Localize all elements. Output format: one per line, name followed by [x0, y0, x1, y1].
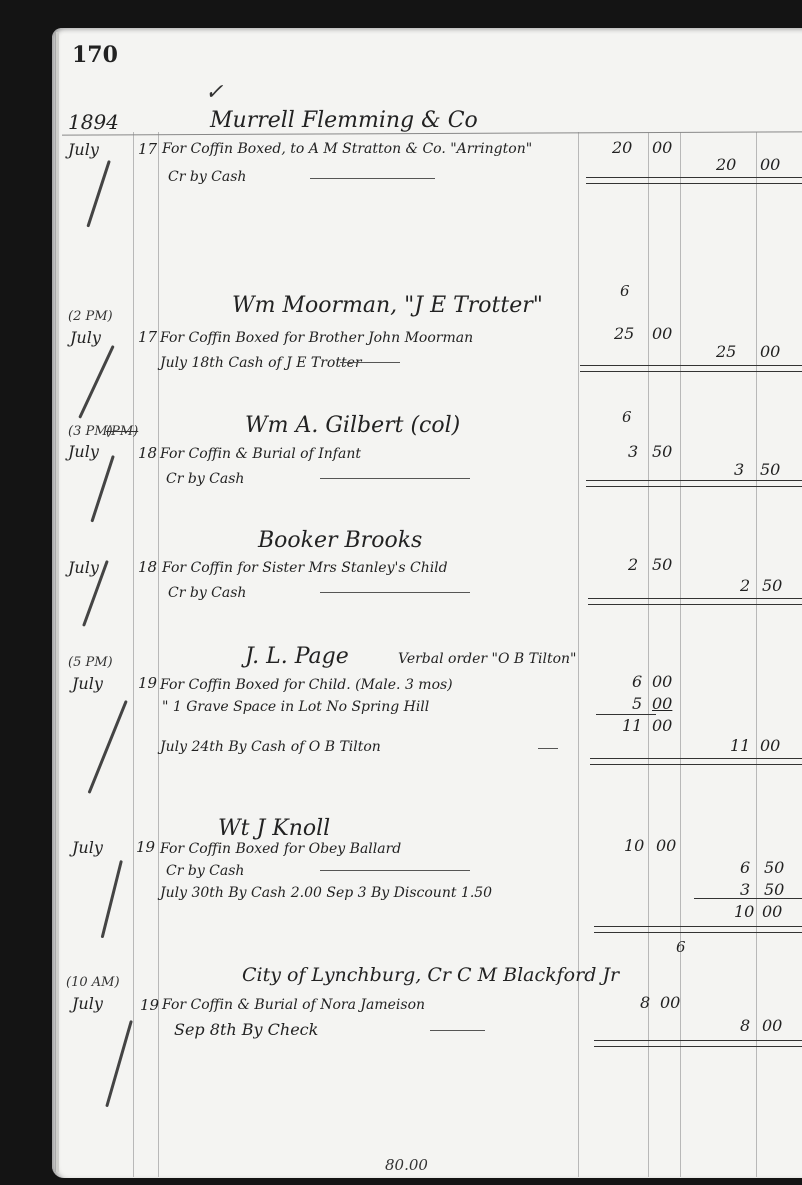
balance-double-rule	[594, 1040, 802, 1047]
entry-day: 18	[138, 446, 157, 461]
balance-double-rule	[580, 365, 802, 372]
balance-double-rule	[594, 926, 802, 933]
debit-dollars: 20	[612, 140, 632, 156]
entry-line: For Coffin & Burial of Nora Jameison	[162, 998, 425, 1012]
margin-mark: 6	[676, 940, 686, 955]
debit-dollars: 10	[624, 838, 644, 854]
subtotal-rule	[694, 898, 802, 899]
column-rule-debit	[578, 132, 579, 1177]
page-footer-total: 80.00	[385, 1158, 428, 1173]
credit-cents: 50	[760, 462, 780, 478]
credit-dollars: 11	[730, 738, 750, 754]
entry-line: For Coffin Boxed for Brother John Moorma…	[160, 331, 473, 345]
entry-time: (5 PM)	[68, 656, 113, 669]
debit-dollars: 6	[632, 674, 642, 690]
credit-dollars: 3	[740, 882, 750, 898]
entry-month: July	[68, 142, 99, 158]
debit-cents: 00	[652, 696, 672, 712]
credit-dollars: 2	[740, 578, 750, 594]
credit-cents: 00	[760, 157, 780, 173]
entry-line: Cr by Cash	[166, 472, 244, 486]
account-name: Murrell Flemming & Co	[210, 110, 478, 132]
margin-mark: 6	[620, 284, 630, 299]
page-number: 170	[72, 42, 118, 68]
entry-line: For Coffin Boxed for Obey Ballard	[160, 842, 401, 856]
entry-line: For Coffin Boxed, to A M Stratton & Co. …	[162, 142, 532, 156]
entry-day: 19	[140, 998, 159, 1013]
account-note: Verbal order "O B Tilton"	[398, 652, 576, 666]
column-rule-debit-cents	[648, 132, 649, 1177]
entry-time: (10 AM)	[66, 976, 120, 989]
credit-cents: 50	[764, 860, 784, 876]
debit-dollars: 25	[614, 326, 634, 342]
column-rule-credit-cents	[756, 132, 757, 1177]
entry-line: For Coffin & Burial of Infant	[160, 447, 361, 461]
balance-double-rule	[588, 598, 802, 605]
credit-cents: 00	[762, 1018, 782, 1034]
credit-cents: 00	[760, 344, 780, 360]
debit-cents: 00	[652, 326, 672, 342]
credit-dollars: 25	[716, 344, 736, 360]
fill-dash	[430, 1030, 485, 1031]
debit-dollars: 11	[622, 718, 642, 734]
credit-cents: 00	[762, 904, 782, 920]
entry-line: July 30th By Cash 2.00 Sep 3 By Discount…	[160, 886, 492, 900]
credit-cents: 00	[760, 738, 780, 754]
debit-dollars: 3	[628, 444, 638, 460]
entry-line: For Coffin Boxed for Child. (Male. 3 mos…	[160, 678, 453, 692]
subtotal-rule	[596, 714, 656, 715]
credit-cents: 50	[764, 882, 784, 898]
account-name: Wm Moorman, "J E Trotter"	[232, 295, 543, 317]
debit-cents: 00	[652, 140, 672, 156]
entry-month: July	[72, 840, 103, 856]
entry-day: 17	[138, 330, 157, 345]
entry-line: Sep 8th By Check	[174, 1022, 318, 1038]
entry-month: July	[72, 676, 103, 692]
debit-cents: 50	[652, 557, 672, 573]
account-name: J. L. Page	[245, 646, 349, 668]
credit-dollars: 8	[740, 1018, 750, 1034]
fill-dash	[538, 748, 558, 749]
entry-line: Cr by Cash	[168, 586, 246, 600]
entry-day: 17	[138, 142, 157, 157]
fill-dash	[340, 362, 400, 363]
credit-dollars: 20	[716, 157, 736, 173]
column-rule-day	[158, 132, 159, 1177]
debit-dollars: 5	[632, 696, 642, 712]
entry-day: 19	[136, 840, 155, 855]
credit-dollars: 10	[734, 904, 754, 920]
entry-month: July	[70, 330, 101, 346]
debit-dollars: 2	[628, 557, 638, 573]
debit-cents: 00	[660, 995, 680, 1011]
balance-double-rule	[586, 480, 802, 487]
debit-cents: 00	[652, 718, 672, 734]
fill-dash	[310, 178, 435, 179]
account-name: Booker Brooks	[258, 530, 422, 552]
entry-line: July 18th Cash of J E Trotter	[160, 356, 362, 370]
debit-cents: 50	[652, 444, 672, 460]
account-name: Wt J Knoll	[218, 818, 330, 840]
fill-dash	[320, 870, 470, 871]
entry-line: Cr by Cash	[166, 864, 244, 878]
debit-cents: 00	[656, 838, 676, 854]
entry-month: July	[72, 996, 103, 1012]
debit-dollars: 8	[640, 995, 650, 1011]
entry-line: " 1 Grave Space in Lot No Spring Hill	[162, 700, 429, 714]
entry-day: 18	[138, 560, 157, 575]
balance-double-rule	[586, 177, 802, 184]
balance-double-rule	[590, 758, 802, 765]
entry-day: 19	[138, 676, 157, 691]
fill-dash	[320, 478, 470, 479]
column-rule-month	[133, 132, 134, 1177]
column-rule-credit	[680, 132, 681, 1177]
credit-dollars: 6	[740, 860, 750, 876]
check-mark-icon: ✓	[205, 82, 223, 104]
margin-mark: 6	[622, 410, 632, 425]
debit-cents: 00	[652, 674, 672, 690]
entry-line: Cr by Cash	[168, 170, 246, 184]
account-name: Wm A. Gilbert (col)	[245, 415, 460, 437]
entry-time-struck: (PM)	[106, 425, 138, 438]
account-name: City of Lynchburg, Cr C M Blackford Jr	[242, 966, 619, 985]
fill-dash	[320, 592, 470, 593]
entry-line: July 24th By Cash of O B Tilton	[160, 740, 381, 754]
ledger-year: 1894	[68, 112, 119, 132]
credit-dollars: 3	[734, 462, 744, 478]
entry-line: For Coffin for Sister Mrs Stanley's Chil…	[162, 561, 448, 575]
entry-month: July	[68, 444, 99, 460]
page-binding-edge	[55, 32, 59, 1172]
entry-time: (2 PM)	[68, 310, 113, 323]
entry-month: July	[68, 560, 99, 576]
credit-cents: 50	[762, 578, 782, 594]
